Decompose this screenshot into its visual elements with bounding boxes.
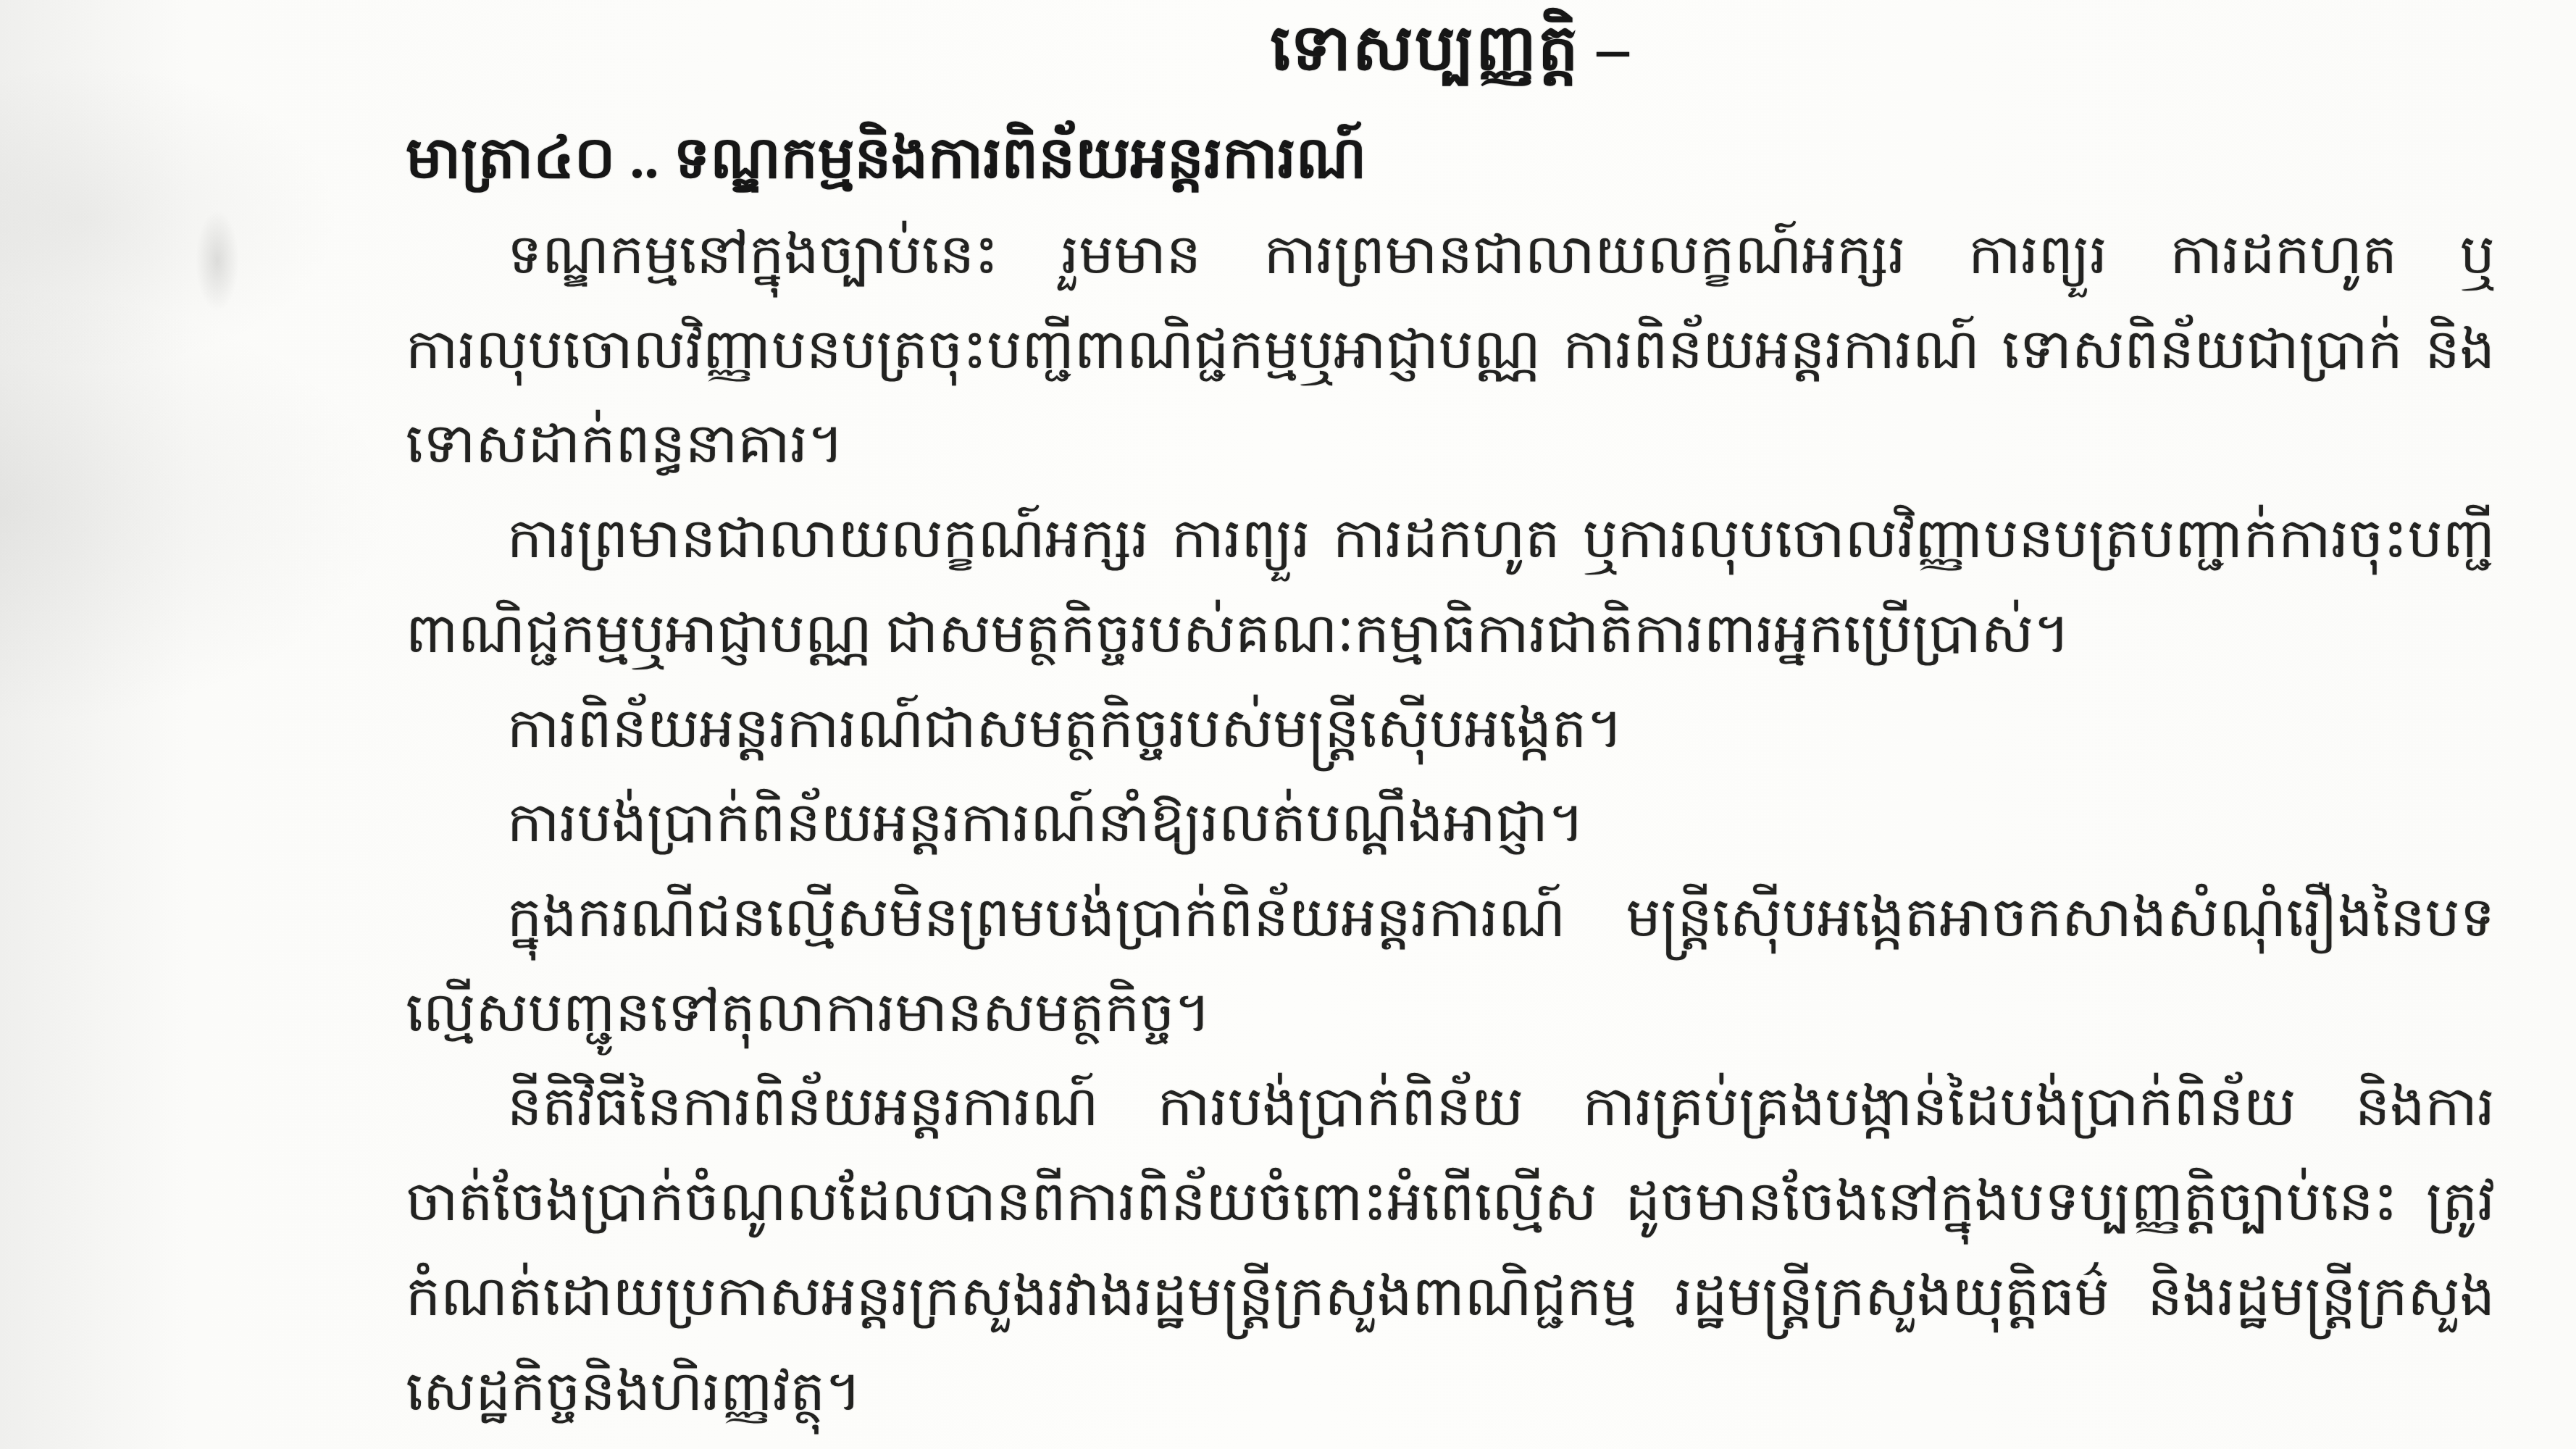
article-body: ទណ្ឌកម្មនៅក្នុងច្បាប់នេះ រួមមាន ការព្រមា… xyxy=(406,208,2495,1439)
paragraph-procedure-interministerial-prakas: នីតិវិធីនៃការពិន័យអន្តរការណ៍ ការបង់ប្រាក… xyxy=(406,1060,2495,1439)
document-content: ទោសប្បញ្ញត្តិ – មាត្រា៤០ .. ទណ្ឌកម្មនិងក… xyxy=(406,7,2495,1439)
paragraph-fine-payment-extinguishes-action: ការបង់ប្រាក់ពិន័យអន្តរការណ៍នាំឱ្យរលត់បណ្… xyxy=(406,776,2495,871)
document-title: ទោសប្បញ្ញត្តិ – xyxy=(406,7,2495,101)
paragraph-sanctions-list: ទណ្ឌកម្មនៅក្នុងច្បាប់នេះ រួមមាន ការព្រមា… xyxy=(406,208,2495,492)
scanned-document-page: ទោសប្បញ្ញត្តិ – មាត្រា៤០ .. ទណ្ឌកម្មនិងក… xyxy=(0,0,2576,1449)
article-40-heading: មាត្រា៤០ .. ទណ្ឌកម្មនិងការពិន័យអន្តរការណ… xyxy=(406,114,2495,204)
paragraph-refusal-to-pay: ក្នុងករណីជនល្មើសមិនព្រមបង់ប្រាក់ពិន័យអន្… xyxy=(406,871,2495,1060)
paragraph-committee-competence: ការព្រមានជាលាយលក្ខណ៍អក្សរ ការព្យួរ ការដក… xyxy=(406,492,2495,681)
paragraph-intermediary-fine-competence: ការពិន័យអន្តរការណ៍ជាសមត្ថកិច្ចរបស់មន្ត្រ… xyxy=(406,682,2495,777)
scan-artifact xyxy=(196,210,239,312)
